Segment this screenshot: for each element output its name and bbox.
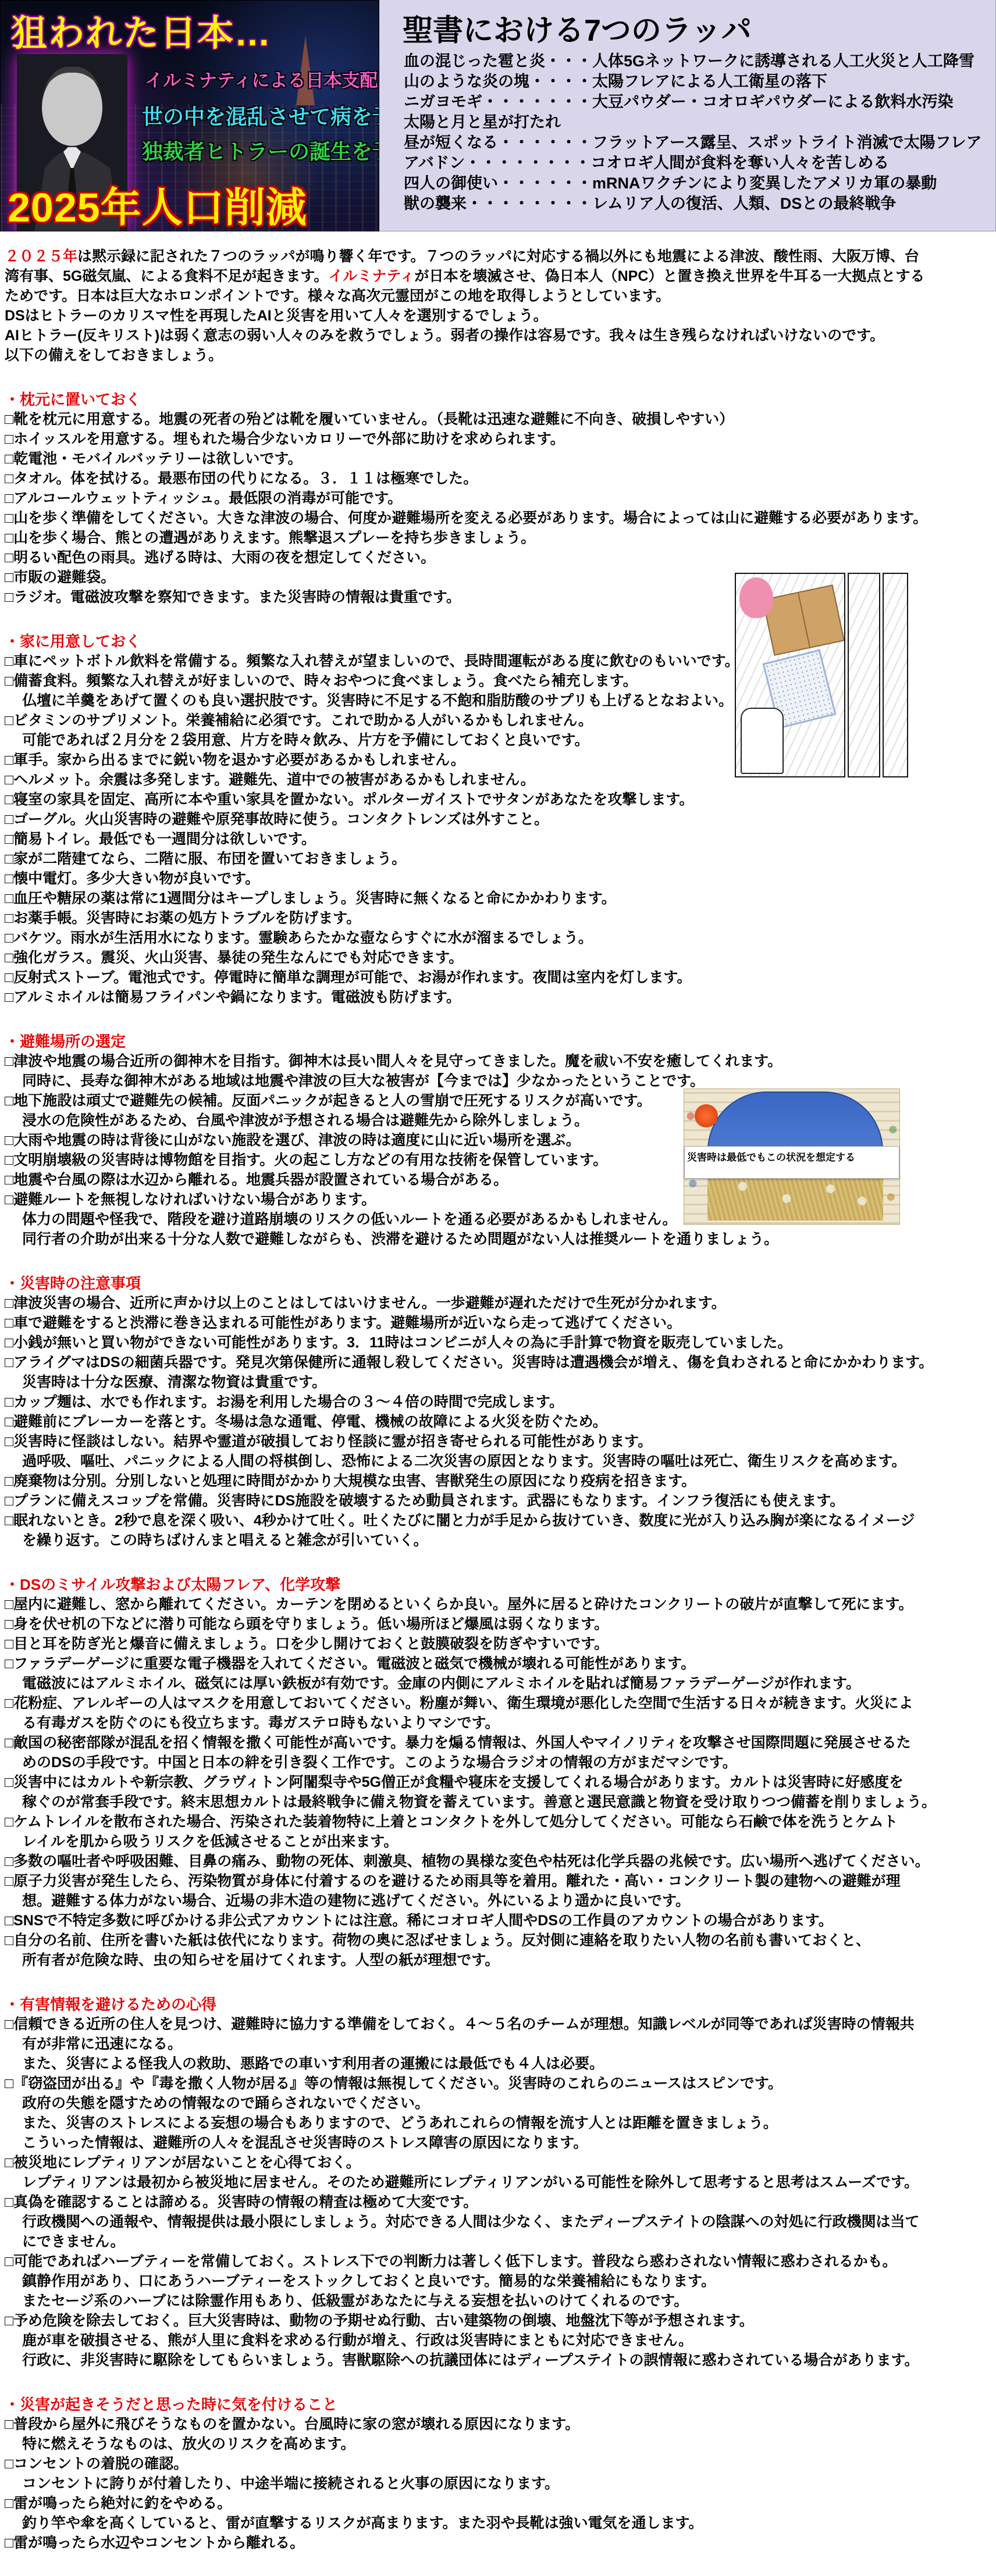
intro-line: DSはヒトラーのカリスマ性を再現したAIと災害を用いて人々を選別するでしょう。 [5,306,996,326]
checklist-line: □ホイッスルを用意する。埋もれた場合少ないカロリーで外部に助けを求められます。 [5,429,996,449]
checklist-line: □懐中電灯。多少大きい物が良いです。 [5,869,996,889]
cardboard-box-drawing [762,584,845,656]
section-heading: ・有害情報を避けるための心得 [5,1995,996,2014]
trumpet-line: 昼が短くなる・・・・・・フラットアース露呈、スポットライト消滅で太陽フレア [404,133,982,153]
highlighted-term: イルミナティ [328,268,414,284]
checklist-line: 行政に、非災害時に駆除をしてもらいましょう。害獣駆除への抗議団体にはディープステ… [5,2350,996,2370]
checklist-line: □小銭が無いと買い物ができない可能性があります。3．11時はコンビニが人々の為に… [5,1333,996,1353]
checklist-line: □血圧や糖尿の薬は常に1週間分はキープしましょう。災害時に無くなると命にかかわり… [5,889,996,908]
figure-drawing [741,708,784,774]
checklist-line: □多数の嘔吐者や呼吸困難、目鼻の痛み、動物の死体、刺激臭、植物の異様な変色や枯死… [5,1851,996,1871]
checklist-line: にできません。 [5,2232,996,2252]
checklist-line: □雷が鳴ったら水辺やコンセントから離れる。 [5,2533,996,2553]
checklist-line: □真偽を確認することは諦める。災害時の情報の精査は極めて大変です。 [5,2192,996,2212]
checklist-line: □バケツ。雨水が生活用水になります。霊験あらたかな壺ならすぐに水が溜まるでしょう… [5,928,996,948]
checklist-line: □簡易トイレ。最低でも一週間分は欲しいです。 [5,829,996,849]
intro-text: ためです。日本は巨大なホロンポイントです。様々な高次元霊団がこの地を取得しようと… [5,288,670,304]
checklist-line: 災害時は十分な医療、清潔な物資は貴重です。 [5,1372,996,1392]
trumpet-line: 血の混じった雹と炎・・・人体5Gネットワークに誘導される人工火災と人工降雪 [404,51,982,72]
painting-red-sun [695,1104,718,1128]
checklist-line: を繰り返す。この時ちばけんまと唱えると雑念が引いていく。 [5,1530,996,1550]
section-heading: ・災害が起きそうだと思った時に気を付けること [5,2395,996,2414]
checklist-line: □ゴーグル。火山災害時の避難や原発事故時に使う。コンタクトレンズは外すこと。 [5,809,996,829]
checklist-line: □靴を枕元に用意する。地震の死者の殆どは靴を履いていません。（長靴は迅速な避難に… [5,409,996,429]
trumpet-line: アバドン・・・・・・・・コオロギ人間が食料を奪い人々を苦しめる [404,153,982,173]
checklist-line: □信頼できる近所の住人を見つけ、避難時に協力する準備をしておく。４～５名のチーム… [5,2014,996,2034]
trumpet-line: 太陽と月と星が打たれ [404,112,982,133]
intro-line: 湾有事、5G磁気嵐、による食料不足が起きます。イルミナティが日本を壊滅させ、偽日… [5,266,996,286]
section-heading: ・災害時の注意事項 [5,1273,996,1293]
checklist-line: 有が非常に迅速になる。 [5,2034,996,2054]
checklist-line: □津波や地震の場合近所の御神木を目指す。御神木は長い間人々を見守ってきました。魔… [5,1051,996,1071]
checklist-line: □敵国の秘密部隊が混乱を招く情報を撒く可能性が高いです。暴力を煽る情報は、外国人… [5,1733,996,1753]
trumpets-list: 血の混じった雹と炎・・・人体5Gネットワークに誘導される人工火災と人工降雪山のよ… [404,51,982,214]
intro-line: AIヒトラー(反キリスト)は弱く意志の弱い人々のみを救うでしょう。弱者の操作は容… [5,326,996,345]
checklist-line: 政府の失態を隠すための情報なので踊らされないでください。 [5,2093,996,2113]
checklist-line: □普段から屋外に飛びそうなものを置かない。台風時に家の窓が壊れる原因になります。 [5,2414,996,2434]
checklist-line: □山を歩く準備をしてください。大きな津波の場合、何度か避難場所を変える必要があり… [5,508,996,528]
checklist-line: 特に燃えそうなものは、放火のリスクを高めます。 [5,2434,996,2454]
banner-bottom-title: 2025年人口削減 [8,175,307,231]
checklist-line: □お薬手帳。災害時にお薬の処方トラブルを防げます。 [5,908,996,928]
checklist-line: □避難前にブレーカーを落とす。冬場は急な通電、停電、機械の故障による火災を防ぐた… [5,1412,996,1432]
seven-trumpets-panel: 聖書における7つのラッパ 血の混じった雹と炎・・・人体5Gネットワークに誘導され… [379,0,996,231]
checklist-line: □家が二階建てなら、二階に服、布団を置いておきましょう。 [5,849,996,869]
section-heading: ・枕元に置いておく [5,390,996,409]
checklist-line: □花粉症、アレルギーの人はマスクを用意しておいてください。粉塵が舞い、衛生環境が… [5,1693,996,1713]
manga-panel [883,573,908,777]
checklist-line: 同行者の介助が出来る十分な人数で避難しながらも、渋滞を避けるため問題がない人は推… [5,1229,996,1249]
intro-line: ためです。日本は巨大なホロンポイントです。様々な高次元霊団がこの地を取得しようと… [5,286,996,306]
checklist-line: また、災害による怪我人の救助、悪路での車いす利用者の運搬には最低でも４人は必要。 [5,2054,996,2074]
checklist-section: ・有害情報を避けるための心得□信頼できる近所の住人を見つけ、避難時に協力する準備… [5,1995,996,2370]
checklist-line: □ケムトレイルを散布された場合、汚染された装着物特に上着とコンタクトを外して処分… [5,1812,996,1832]
checklist-line: 所有者が危険な時、虫の知らせを届けてくれます。人型の紙が理想です。 [5,1950,996,1970]
checklist-line: □『窃盗団が出る』や『毒を撒く人物が居る』等の情報は無視してください。災害時のこ… [5,2074,996,2093]
checklist-line: 釣り竿や傘を高くしていると、雷が直撃するリスクが高まります。また羽や長靴は強い電… [5,2513,996,2533]
banner-subline-1: イルミナティによる日本支配 [145,66,378,92]
checklist-line: □身を伏せ机の下などに潜り可能なら頭を守りましょう。低い場所ほど爆風は弱くなりま… [5,1614,996,1634]
pink-character-drawing [739,577,773,618]
checklist-line: □寝室の家具を固定、高所に本や重い家具を置かない。ポルターガイストでサタンがあな… [5,790,996,809]
checklist-line: □目と耳を防ぎ光と爆音に備えましょう。口を少し開けておくと鼓膜破裂を防ぎやすいで… [5,1634,996,1654]
intro-line: 以下の備えをしておきましょう。 [5,345,996,365]
checklist-line: めのDSの手段です。中国と日本の絆を引き裂く工作です。このような場合ラジオの情報… [5,1753,996,1772]
painting-hay-figures [707,1172,883,1221]
manga-panel: ギ [735,573,845,777]
trumpet-line: 四人の御使い・・・・・・mRNAワクチンにより変異したアメリカ軍の暴動 [404,173,982,194]
banner-title: 狙われた日本… [11,4,272,56]
intro-paragraph: ２０２５年は黙示録に記された７つのラッパが鳴り響く年です。７つのラッパに対応する… [5,247,996,365]
checklist-line: る有毒ガスを防ぐのにも役立ちます。毒ガステロ時もないよりマシです。 [5,1713,996,1733]
checklist-line: □強化ガラス。震災、火山災害、暴徒の発生なんにでも対応できます。 [5,948,996,968]
checklist-line: □反射式ストーブ。電池式です。停電時に簡単な調理が可能で、お湯が作れます。夜間は… [5,968,996,987]
painting-caption: 災害時は最低でもこの状況を想定する [684,1146,899,1179]
checklist-line: □原子力災害が発生したら、汚染物質が身体に付着するのを避けるため雨具等を着用。離… [5,1871,996,1891]
medieval-painting-illustration: 災害時は最低でもこの状況を想定する [684,1089,900,1225]
checklist-line: コンセントに誇りが付着したり、中途半端に接続されると火事の原因になります。 [5,2474,996,2493]
document-body: ２０２５年は黙示録に記された７つのラッパが鳴り響く年です。７つのラッパに対応する… [0,231,996,2576]
intro-text: AIヒトラー(反キリスト)は弱く意志の弱い人々のみを救うでしょう。弱者の操作は容… [5,327,884,344]
checklist-line: □被災地にレプティリアンが居ないことを心得ておく。 [5,2153,996,2172]
checklist-section: ・災害が起きそうだと思った時に気を付けること□普段から屋外に飛びそうなものを置か… [5,2395,996,2553]
intro-text: が日本を壊滅させ、偽日本人（NPC）と置き換え世界を牛耳る一大拠点とする [414,268,924,284]
checklist-line: 鹿が車を破損させる、熊が人里に食料を求める行動が増え、行政は災害時にまともに対応… [5,2331,996,2350]
intro-text: DSはヒトラーのカリスマ性を再現したAIと災害を用いて人々を選別するでしょう。 [5,308,547,324]
checklist-line: 想。避難する体力がない場合、近場の非木造の建物に逃げてください。外にいるより遥か… [5,1891,996,1911]
intro-text: 湾有事、5G磁気嵐、による食料不足が起きます。 [5,268,328,284]
manga-illustration: ギ [735,573,908,777]
checklist-line: またセージ系のハーブには除霊作用もあり、低級霊があなたに与える妄想を払いのけてく… [5,2291,996,2311]
section-heading: ・避難場所の選定 [5,1032,996,1051]
checklist-line: □明るい配色の雨具。逃げる時は、大雨の夜を想定してください。 [5,548,996,568]
checklist-section: ・DSのミサイル攻撃および太陽フレア、化学攻撃□屋内に避難し、窓から離れてくださ… [5,1575,996,1970]
checklist-line: □アルコールウェットティッシュ。最低限の消毒が可能です。 [5,488,996,508]
checklist-line: □乾電池・モバイルバッテリーは欲しいです。 [5,449,996,469]
checklist-line: □SNSで不特定多数に呼びかける非公式アカウントには注意。稀にコオロギ人間やDS… [5,1911,996,1931]
highlighted-term: ２０２５年 [5,248,77,265]
checklist-section: ・災害時の注意事項□津波災害の場合、近所に声かけ以上のことはしてはいけません。一… [5,1273,996,1550]
trumpets-title: 聖書における7つのラッパ [403,6,752,49]
checklist-line: レイルを肌から吸うリスクを低減させることが出来ます。 [5,1832,996,1851]
checklist-line: 稼ぐのが常套手段です。終末思想カルトは最終戦争に備え物資を蓄えています。善意と選… [5,1792,996,1812]
checklist-line: □アルミホイルは簡易フライパンや鍋になります。電磁波も防げます。 [5,987,996,1007]
checklist-line: □雷が鳴ったら絶対に釣をやめる。 [5,2493,996,2513]
checklist-line: □山を歩く場合、熊との遭遇がありえます。熊撃退スプレーを持ち歩きましょう。 [5,528,996,548]
checklist-line: □車で避難をすると渋滞に巻き込まれる可能性があります。避難場所が近いなら走って逃… [5,1313,996,1333]
checklist-line: 行政機関への通報や、情報提供は最小限にしましょう。対応できる人間は少なく、またデ… [5,2212,996,2232]
intro-text: は黙示録に記された７つのラッパが鳴り響く年です。７つのラッパに対応する禍以外にも… [77,248,919,265]
trumpet-line: 獣の襲来・・・・・・・・レムリア人の復活、人類、DSとの最終戦争 [404,194,982,214]
trumpet-line: 山のような炎の塊・・・・太陽フレアによる人工衛星の落下 [404,72,982,92]
banner-subline-3: 独裁者ヒトラーの誕生を予知 [142,135,379,165]
checklist-line: 鎮静作用があり、口にあうハーブティーをストックしておくと良いです。簡易的な栄養補… [5,2271,996,2291]
checklist-line: また、災害のストレスによる妄想の場合もありますので、どうあれこれらの情報を流す人… [5,2113,996,2133]
checklist-line: レプティリアンは最初から被災地に居ません。そのため避難所にレプティリアンがいる可… [5,2172,996,2192]
section-heading: ・DSのミサイル攻撃および太陽フレア、化学攻撃 [5,1575,996,1594]
checklist-line: □可能であればハーブティーを常備しておく。ストレス下での判断力は著しく低下します… [5,2252,996,2271]
intro-text: 以下の備えをしておきましょう。 [5,347,223,363]
checklist-line: □カップ麺は、水でも作れます。お湯を利用した場合の３～４倍の時間で完成します。 [5,1392,996,1412]
checklist-line: □ファラデーゲージに重要な電子機器を入れてください。電磁波と磁気で機械が壊れる可… [5,1654,996,1674]
checklist-line: □眠れないとき。2秒で息を深く吸い、4秒かけて吐く。吐くたびに闇と力が手足から抜… [5,1511,996,1530]
manga-panel [848,573,880,777]
checklist-line: 過呼吸、嘔吐、パニックによる人間の将棋倒し、恐怖による二次災害の原因となります。… [5,1451,996,1471]
checklist-line: 電磁波にはアルミホイル、磁気には厚い鉄板が有効です。金庫の内側にアルミホイルを貼… [5,1674,996,1693]
checklist-line: こういった情報は、避難所の人々を混乱させ災害時のストレス障害の原因になります。 [5,2133,996,2153]
checklist-line: □予め危険を除去しておく。巨大災害時は、動物の予期せぬ行動、古い建築物の倒壊、地… [5,2311,996,2331]
checklist-line: 同時に、長寿な御神木がある地域は地震や津波の巨大な被害が【今までは】少なかったと… [5,1071,996,1091]
trumpet-line: ニガヨモギ・・・・・・・大豆パウダー・コオロギパウダーによる飲料水汚染 [404,92,982,112]
checklist-line: □タオル。体を拭ける。最悪布団の代りになる。３．１１は極寒でした。 [5,469,996,488]
checklist-line: □アライグマはDSの細菌兵器です。発見次第保健所に通報し殺してください。災害時は… [5,1353,996,1372]
checklist-line: □自分の名前、住所を書いた紙は依代になります。荷物の奥に忍ばせましょう。反対側に… [5,1931,996,1950]
banner-subline-2: 世の中を混乱させて病を予言 [142,101,379,130]
checklist-line: □屋内に避難し、窓から離れてください。カーテンを閉めるといくらか良い。屋外に居る… [5,1594,996,1614]
checklist-line: □プランに備えスコップを常備。災害時にDS施設を破壊するため動員されます。武器に… [5,1491,996,1511]
checklist-line: □災害時に怪談はしない。結界や霊道が破損しており怪談に霊が招き寄せられる可能性が… [5,1432,996,1451]
checklist-line: □廃棄物は分別。分別しないと処理に時間がかかり大規模な虫害、害獣発生の原因になり… [5,1471,996,1491]
checklist-line: □津波災害の場合、近所に声かけ以上のことはしてはいけません。一歩避難が遅れただけ… [5,1293,996,1313]
intro-line: ２０２５年は黙示録に記された７つのラッパが鳴り響く年です。７つのラッパに対応する… [5,247,996,266]
checklist-line: □災害中にはカルトや新宗教、グラヴィトン阿闍梨寺や5G僧正が食糧や寝床を支援して… [5,1772,996,1792]
conspiracy-banner-image: 狙われた日本… イルミナティによる日本支配 世の中を混乱させて病を予言 独裁者ヒ… [0,0,379,231]
checklist-line: □コンセントの着脱の確認。 [5,2454,996,2474]
